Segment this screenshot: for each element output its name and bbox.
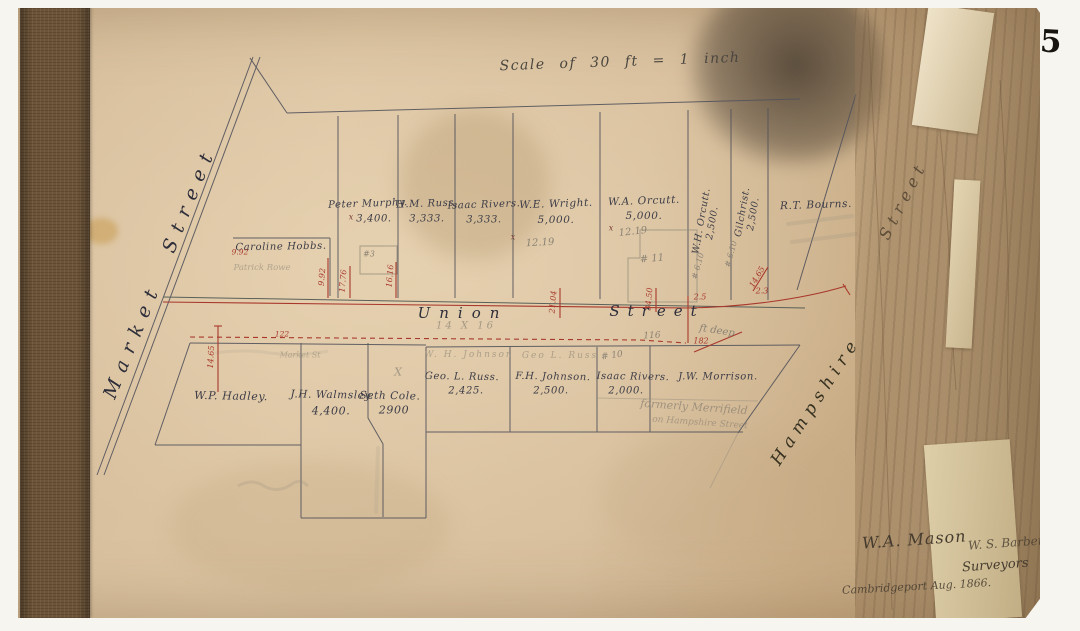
- red-measure-122: 122: [275, 330, 289, 339]
- lot-label-caroline-hobbs: Caroline Hobbs.: [235, 241, 326, 254]
- lot-area-fh-johnson: 2,500.: [533, 386, 568, 397]
- lot-area-jh-walmsley: 4,400.: [312, 405, 351, 418]
- lot-area-wa-orcutt: 5,000.: [626, 210, 663, 222]
- street-label-union-word2: Street: [609, 302, 704, 320]
- lot-area-we-wright: 5,000.: [538, 214, 575, 226]
- paper-crack-lines: [868, 10, 1014, 610]
- lot-area-peter-murphy: 3,400.: [356, 214, 391, 225]
- lot-label-we-wright: W.E. Wright.: [519, 197, 593, 212]
- lot-area-isaac-rivers-lower: 2,000.: [608, 386, 643, 397]
- pencil-note-market-st: Market St: [280, 351, 321, 360]
- street-label-union-word1: Union: [418, 304, 509, 322]
- pencil-note-wh-johnson: W. H. Johnson: [424, 350, 513, 360]
- lot-area-geo-russ: 2,425.: [448, 386, 483, 397]
- ink-lot-lines: [97, 57, 856, 518]
- red-x-mark: x: [511, 233, 516, 242]
- lot-label-wp-hadley: W.P. Hadley.: [194, 389, 268, 403]
- lot-label-isaac-rivers-lower: Isaac Rivers.: [596, 371, 669, 383]
- lot-area-isaac-rivers-upper: 3,333.: [466, 215, 501, 226]
- lot-label-seth-cole: Seth Cole.: [359, 389, 420, 402]
- lot-label-rt-bourns: R.T. Bourns.: [780, 198, 852, 213]
- pencil-dim-wright: 12.19: [525, 237, 554, 249]
- pencil-dim-14x16: 14 X 16: [436, 321, 496, 332]
- pencil-note-geo-russ: Geo L. Russ: [522, 351, 598, 361]
- pencil-lines: [215, 216, 856, 512]
- lot-label-wa-orcutt: W.A. Orcutt.: [608, 194, 680, 208]
- cloth-binding-strip: [20, 6, 90, 618]
- red-measure-9-92-horizontal: 9.92: [232, 248, 249, 257]
- pencil-x-mark: X: [394, 366, 402, 379]
- pencil-note-patrick-rowe: Patrick Rowe: [233, 263, 290, 273]
- lot-area-seth-cole: 2900: [379, 404, 409, 417]
- page-number: 5: [1039, 23, 1062, 60]
- red-x-mark: x: [349, 213, 354, 222]
- red-measure-14-65-left: 14.65: [206, 345, 216, 368]
- lot-area-hm-russ: 3,333.: [409, 214, 444, 225]
- map-sheet-photo: Market Street Union Street Hampshire Str…: [0, 0, 1080, 631]
- red-measure-182: 182: [693, 337, 708, 346]
- red-measure-2-3: 2.3: [756, 287, 769, 296]
- red-measure-2-5: 2.5: [694, 293, 707, 302]
- pencil-lot-number-11: # 11: [639, 252, 664, 265]
- red-measure-9-92: 9.92: [317, 268, 328, 287]
- lot-label-fh-johnson: F.H. Johnson.: [515, 371, 590, 383]
- lot-label-geo-russ: Geo. L. Russ.: [425, 371, 500, 383]
- red-x-mark: x: [609, 224, 614, 233]
- pencil-lot-number-3: #3: [363, 250, 375, 259]
- lot-label-jw-morrison: J.W. Morrison.: [678, 372, 758, 383]
- pencil-dim-116: 116: [643, 331, 661, 342]
